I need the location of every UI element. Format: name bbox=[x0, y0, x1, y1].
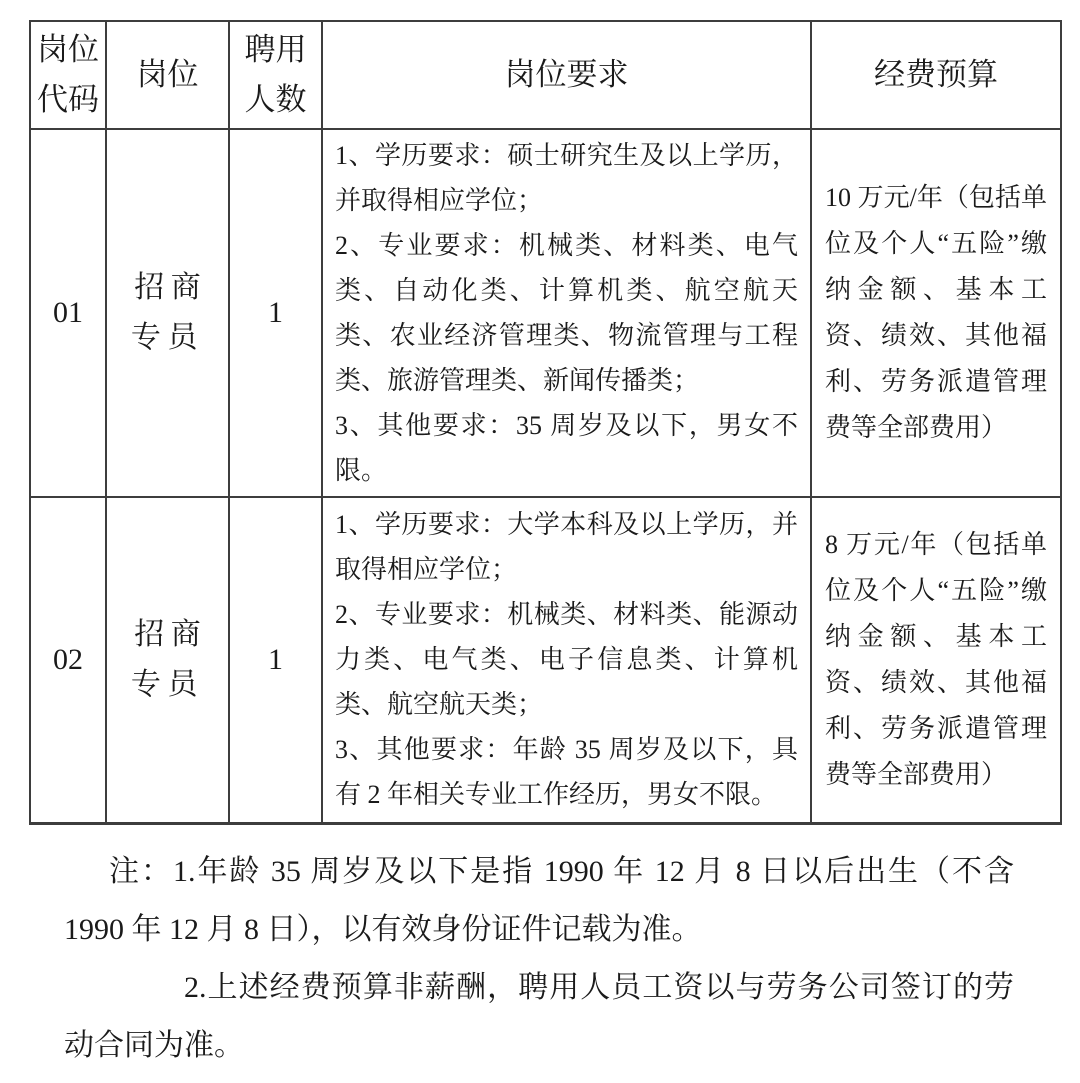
requirement-item: 2、专业要求：机械类、材料类、能源动力类、电气类、电子信息类、计算机类、航空航天… bbox=[335, 592, 798, 727]
table-header-row: 岗位 代码 岗位 聘用 人数 岗位要求 经费预算 bbox=[30, 21, 1061, 129]
cell-headcount: 1 bbox=[229, 129, 322, 497]
table-row-job-01: 01 招商 专员 1 1、学历要求：硕士研究生及以上学历，并取得相应学位； 2、… bbox=[30, 129, 1061, 497]
requirement-item: 3、其他要求：年龄 35 周岁及以下，具有 2 年相关专业工作经历，男女不限。 bbox=[335, 727, 798, 817]
cell-code: 02 bbox=[30, 497, 106, 823]
cell-requirements: 1、学历要求：硕士研究生及以上学历，并取得相应学位； 2、专业要求：机械类、材料… bbox=[322, 129, 811, 497]
note-2: 2.上述经费预算非薪酬，聘用人员工资以与劳务公司签订的劳动合同为准。 bbox=[64, 959, 1014, 1075]
header-cell-budget: 经费预算 bbox=[811, 21, 1061, 129]
header-cell-headcount: 聘用 人数 bbox=[229, 21, 322, 129]
requirement-item: 3、其他要求：35 周岁及以下，男女不限。 bbox=[335, 403, 798, 493]
budget-text: 8 万元/年（包括单位及个人“五险”缴纳金额、基本工资、绩效、其他福利、劳务派遣… bbox=[825, 522, 1047, 798]
cell-headcount: 1 bbox=[229, 497, 322, 823]
requirement-item: 1、学历要求：硕士研究生及以上学历，并取得相应学位； bbox=[335, 133, 798, 223]
header-cell-requirements: 岗位要求 bbox=[322, 21, 811, 129]
requirement-item: 2、专业要求：机械类、材料类、电气类、自动化类、计算机类、航空航天类、农业经济管… bbox=[335, 223, 798, 403]
cell-requirements: 1、学历要求：大学本科及以上学历，并取得相应学位； 2、专业要求：机械类、材料类… bbox=[322, 497, 811, 823]
cell-budget: 10 万元/年（包括单位及个人“五险”缴纳金额、基本工资、绩效、其他福利、劳务派… bbox=[811, 129, 1061, 497]
cell-code: 01 bbox=[30, 129, 106, 497]
document-page: 岗位 代码 岗位 聘用 人数 岗位要求 经费预算 01 招商 专员 1 1、学历… bbox=[0, 0, 1080, 1083]
note-1: 注：1.年龄 35 周岁及以下是指 1990 年 12 月 8 日以后出生（不含… bbox=[64, 843, 1014, 959]
requirement-item: 1、学历要求：大学本科及以上学历，并取得相应学位； bbox=[335, 502, 798, 592]
table-row-job-02: 02 招商 专员 1 1、学历要求：大学本科及以上学历，并取得相应学位； 2、专… bbox=[30, 497, 1061, 823]
cell-position: 招商 专员 bbox=[106, 129, 229, 497]
header-cell-code: 岗位 代码 bbox=[30, 21, 106, 129]
header-cell-position: 岗位 bbox=[106, 21, 229, 129]
notes-section: 注：1.年龄 35 周岁及以下是指 1990 年 12 月 8 日以后出生（不含… bbox=[64, 843, 1014, 1075]
recruitment-table: 岗位 代码 岗位 聘用 人数 岗位要求 经费预算 01 招商 专员 1 1、学历… bbox=[29, 20, 1062, 825]
cell-position: 招商 专员 bbox=[106, 497, 229, 823]
budget-text: 10 万元/年（包括单位及个人“五险”缴纳金额、基本工资、绩效、其他福利、劳务派… bbox=[825, 175, 1047, 451]
cell-budget: 8 万元/年（包括单位及个人“五险”缴纳金额、基本工资、绩效、其他福利、劳务派遣… bbox=[811, 497, 1061, 823]
